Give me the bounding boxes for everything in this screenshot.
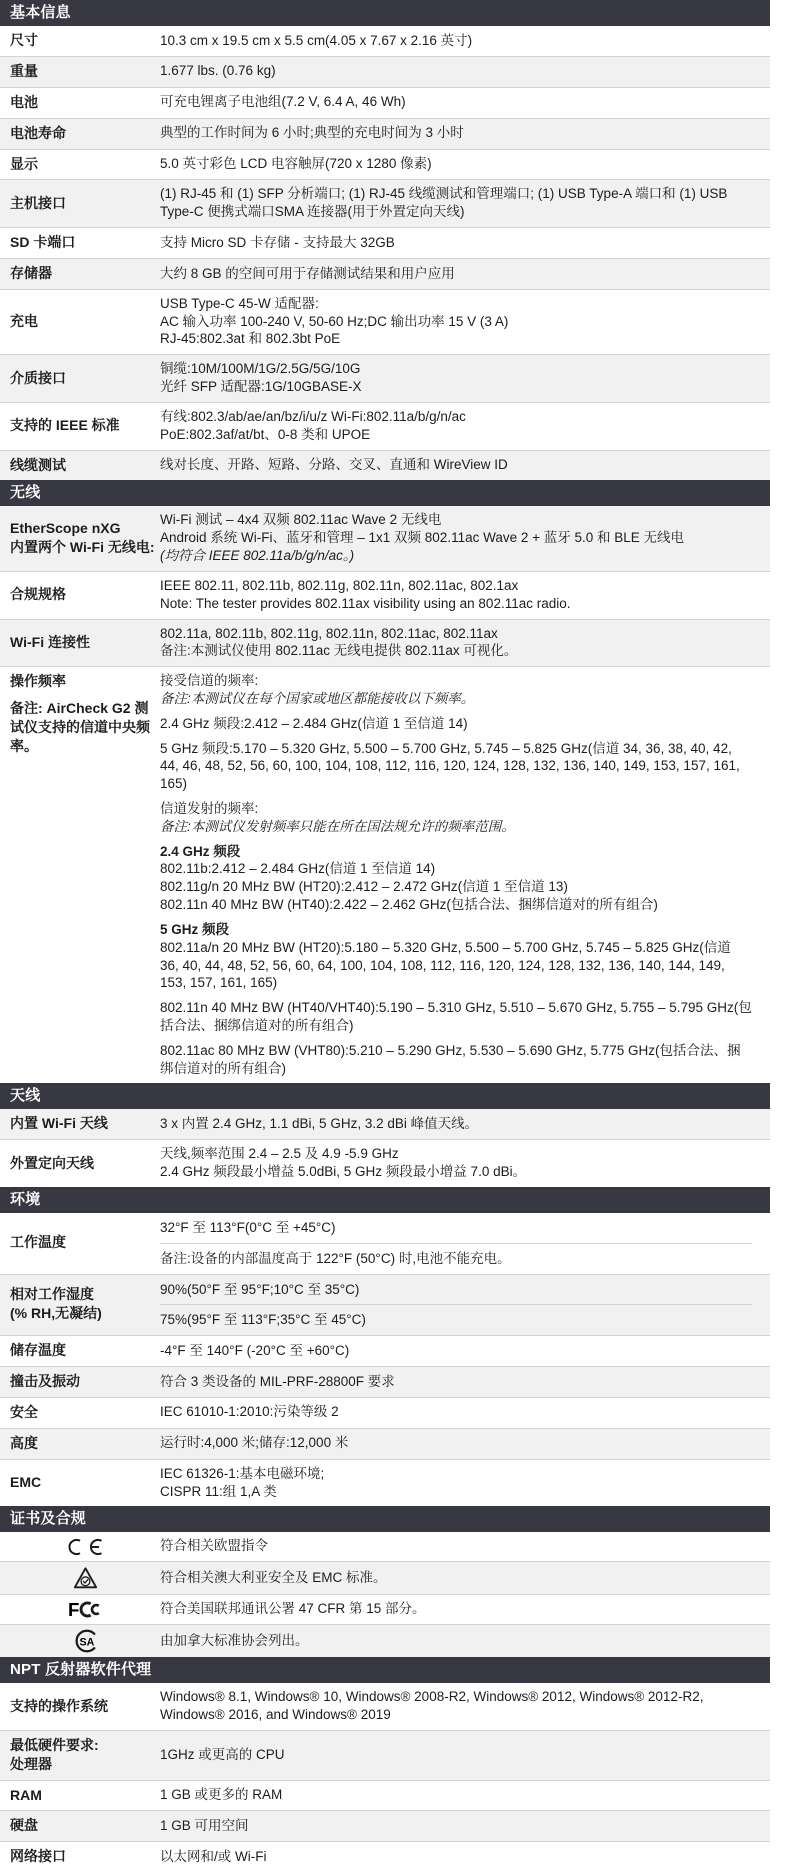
row-label-text: 备注: AirCheck G2 测试仪支持的信道中央频率。 bbox=[10, 699, 160, 756]
spec-row: 主机接口(1) RJ-45 和 (1) SFP 分析端口; (1) RJ-45 … bbox=[0, 179, 770, 227]
value-text: 符合相关澳大利亚安全及 EMC 标准。 bbox=[160, 1569, 752, 1587]
spec-row: 充电USB Type-C 45-W 适配器:AC 输入功率 100-240 V,… bbox=[0, 289, 770, 354]
value-text: Android 系统 Wi-Fi、蓝牙和管理 – 1x1 双频 802.11ac… bbox=[160, 529, 752, 547]
row-value: 可充电锂离子电池组(7.2 V, 6.4 A, 46 Wh) bbox=[160, 88, 770, 117]
row-label-text: 内置 Wi-Fi 天线 bbox=[10, 1114, 160, 1133]
row-label: 支持的 IEEE 标准 bbox=[0, 411, 160, 441]
spec-row: 支持的 IEEE 标准有线:802.3/ab/ae/an/bz/i/u/z Wi… bbox=[0, 402, 770, 450]
row-label: 安全 bbox=[0, 1398, 160, 1428]
value-text: 802.11n 40 MHz BW (HT40):2.422 – 2.462 G… bbox=[160, 896, 752, 914]
row-value: 符合相关澳大利亚安全及 EMC 标准。 bbox=[160, 1564, 770, 1593]
value-text: 1 GB 或更多的 RAM bbox=[160, 1786, 752, 1804]
spec-row: 尺寸10.3 cm x 19.5 cm x 5.5 cm(4.05 x 7.67… bbox=[0, 26, 770, 56]
spec-row: EtherScope nXG内置两个 Wi-Fi 无线电:Wi-Fi 测试 – … bbox=[0, 506, 770, 570]
row-value: 符合美国联邦通讯公署 47 CFR 第 15 部分。 bbox=[160, 1595, 770, 1624]
spec-section: NPT 反射器软件代理支持的操作系统Windows® 8.1, Windows®… bbox=[0, 1657, 770, 1872]
row-value: IEC 61326-1:基本电磁环境;CISPR 11:组 1,A 类 bbox=[160, 1460, 770, 1507]
value-text: (1) RJ-45 和 (1) SFP 分析端口; (1) RJ-45 线缆测试… bbox=[160, 185, 752, 221]
spec-row: 撞击及振动符合 3 类设备的 MIL-PRF-28800F 要求 bbox=[0, 1366, 770, 1397]
value-text: 802.11b:2.412 – 2.484 GHz(信道 1 至信道 14) bbox=[160, 860, 752, 878]
value-text: (均符合 IEEE 802.11a/b/g/n/ac。) bbox=[160, 547, 752, 565]
value-text: AC 输入功率 100-240 V, 50-60 Hz;DC 输出功率 15 V… bbox=[160, 313, 752, 331]
row-label: 最低硬件要求:处理器 bbox=[0, 1731, 160, 1780]
row-value: 802.11a, 802.11b, 802.11g, 802.11n, 802.… bbox=[160, 620, 770, 667]
row-label-text: 电池寿命 bbox=[10, 124, 160, 143]
row-label-text: 充电 bbox=[10, 312, 160, 331]
row-label: EMC bbox=[0, 1468, 160, 1498]
row-value: IEC 61010-1:2010:污染等级 2 bbox=[160, 1398, 770, 1427]
row-label: 显示 bbox=[0, 150, 160, 180]
value-text: 1GHz 或更高的 CPU bbox=[160, 1746, 752, 1764]
row-label-text: 支持的 IEEE 标准 bbox=[10, 416, 160, 435]
section-header: 无线 bbox=[0, 480, 770, 506]
value-text: 备注:本测试仪在每个国家或地区都能接收以下频率。 bbox=[160, 690, 752, 708]
value-text: 802.11a, 802.11b, 802.11g, 802.11n, 802.… bbox=[160, 625, 752, 643]
value-text: 备注:设备的内部温度高于 122°F (50°C) 时,电池不能充电。 bbox=[160, 1250, 752, 1268]
value-subcell: 32°F 至 113°F(0°C 至 +45°C) bbox=[160, 1213, 752, 1243]
row-label: 介质接口 bbox=[0, 364, 160, 394]
value-text: PoE:802.3af/at/bt、0-8 类和 UPOE bbox=[160, 426, 752, 444]
row-value: 有线:802.3/ab/ae/an/bz/i/u/z Wi-Fi:802.11a… bbox=[160, 403, 770, 450]
row-value: 1.677 lbs. (0.76 kg) bbox=[160, 57, 770, 86]
row-label-text: 高度 bbox=[10, 1434, 160, 1453]
rcm-mark-icon bbox=[0, 1562, 160, 1594]
spec-row: 电池寿命典型的工作时间为 6 小时;典型的充电时间为 3 小时 bbox=[0, 118, 770, 149]
row-value: 天线,频率范围 2.4 – 2.5 及 4.9 -5.9 GHz2.4 GHz … bbox=[160, 1140, 770, 1187]
row-label: 合规规格 bbox=[0, 580, 160, 610]
row-label-text: 重量 bbox=[10, 62, 160, 81]
value-text: 可充电锂离子电池组(7.2 V, 6.4 A, 46 Wh) bbox=[160, 93, 752, 111]
section-header: 环境 bbox=[0, 1187, 770, 1213]
value-text: RJ-45:802.3at 和 802.3bt PoE bbox=[160, 330, 752, 348]
row-label-text: (% RH,无凝结) bbox=[10, 1304, 160, 1323]
row-label-text: 显示 bbox=[10, 155, 160, 174]
row-label-text: EtherScope nXG bbox=[10, 519, 160, 538]
value-text: 3 x 内置 2.4 GHz, 1.1 dBi, 5 GHz, 3.2 dBi … bbox=[160, 1115, 752, 1133]
value-text: 线对长度、开路、短路、分路、交叉、直通和 WireView ID bbox=[160, 456, 752, 474]
value-text: 10.3 cm x 19.5 cm x 5.5 cm(4.05 x 7.67 x… bbox=[160, 32, 752, 50]
row-value: 典型的工作时间为 6 小时;典型的充电时间为 3 小时 bbox=[160, 119, 770, 148]
row-label-text: SD 卡端口 bbox=[10, 233, 160, 252]
spec-section: 基本信息尺寸10.3 cm x 19.5 cm x 5.5 cm(4.05 x … bbox=[0, 0, 770, 480]
row-value: 符合 3 类设备的 MIL-PRF-28800F 要求 bbox=[160, 1368, 770, 1397]
row-value: 10.3 cm x 19.5 cm x 5.5 cm(4.05 x 7.67 x… bbox=[160, 27, 770, 56]
spec-row: 最低硬件要求:处理器1GHz 或更高的 CPU bbox=[0, 1730, 770, 1780]
row-label: 工作温度 bbox=[0, 1228, 160, 1258]
section-title: NPT 反射器软件代理 bbox=[10, 1661, 151, 1678]
value-text: 2.4 GHz 频段:2.412 – 2.484 GHz(信道 1 至信道 14… bbox=[160, 715, 752, 733]
section-header: NPT 反射器软件代理 bbox=[0, 1657, 770, 1683]
row-label-text: 撞击及振动 bbox=[10, 1372, 160, 1391]
value-text: IEC 61010-1:2010:污染等级 2 bbox=[160, 1403, 752, 1421]
row-value: 32°F 至 113°F(0°C 至 +45°C)备注:设备的内部温度高于 12… bbox=[160, 1213, 770, 1274]
row-label-text: 内置两个 Wi-Fi 无线电: bbox=[10, 538, 160, 557]
row-label-text: 尺寸 bbox=[10, 31, 160, 50]
row-value: 运行时:4,000 米;储存:12,000 米 bbox=[160, 1429, 770, 1458]
row-label-text: 操作频率 bbox=[10, 672, 160, 691]
value-text: -4°F 至 140°F (-20°C 至 +60°C) bbox=[160, 1342, 752, 1360]
row-label-text: 介质接口 bbox=[10, 369, 160, 388]
spec-row: 内置 Wi-Fi 天线3 x 内置 2.4 GHz, 1.1 dBi, 5 GH… bbox=[0, 1109, 770, 1139]
row-value: 1 GB 可用空间 bbox=[160, 1812, 770, 1841]
row-label: 相对工作湿度(% RH,无凝结) bbox=[0, 1280, 160, 1329]
value-text: 75%(95°F 至 113°F;35°C 至 45°C) bbox=[160, 1311, 752, 1329]
row-label-text: 安全 bbox=[10, 1403, 160, 1422]
section-header: 天线 bbox=[0, 1083, 770, 1109]
ce-mark-icon bbox=[0, 1533, 160, 1561]
spec-row: F符合美国联邦通讯公署 47 CFR 第 15 部分。 bbox=[0, 1594, 770, 1624]
row-label-text: 线缆测试 bbox=[10, 456, 160, 475]
row-label: 主机接口 bbox=[0, 189, 160, 219]
row-value: Wi-Fi 测试 – 4x4 双频 802.11ac Wave 2 无线电And… bbox=[160, 506, 770, 570]
row-label: 内置 Wi-Fi 天线 bbox=[0, 1109, 160, 1139]
spec-row: 存储器大约 8 GB 的空间可用于存储测试结果和用户应用 bbox=[0, 258, 770, 289]
value-text: IEC 61326-1:基本电磁环境; bbox=[160, 1465, 752, 1483]
spec-row: 符合相关欧盟指令 bbox=[0, 1532, 770, 1561]
section-title: 环境 bbox=[10, 1191, 40, 1208]
row-label-text: Wi-Fi 连接性 bbox=[10, 633, 160, 652]
row-label: 线缆测试 bbox=[0, 451, 160, 481]
value-text: 备注:本测试仪使用 802.11ac 无线电提供 802.11ax 可视化。 bbox=[160, 642, 752, 660]
row-label: 尺寸 bbox=[0, 26, 160, 56]
value-text: 备注:本测试仪发射频率只能在所在国法规允许的频率范围。 bbox=[160, 818, 752, 836]
row-label-text: 储存温度 bbox=[10, 1341, 160, 1360]
value-text: 802.11g/n 20 MHz BW (HT20):2.412 – 2.472… bbox=[160, 878, 752, 896]
row-value: 由加拿大标准协会列出。 bbox=[160, 1627, 770, 1656]
row-label-text: 硬盘 bbox=[10, 1816, 160, 1835]
spec-section: 无线EtherScope nXG内置两个 Wi-Fi 无线电:Wi-Fi 测试 … bbox=[0, 480, 770, 1083]
row-label-text: 存储器 bbox=[10, 264, 160, 283]
row-label-text: 处理器 bbox=[10, 1755, 160, 1774]
spec-section: 证书及合规符合相关欧盟指令符合相关澳大利亚安全及 EMC 标准。F符合美国联邦通… bbox=[0, 1506, 770, 1657]
spec-section: 环境工作温度32°F 至 113°F(0°C 至 +45°C)备注:设备的内部温… bbox=[0, 1187, 770, 1506]
value-text: 802.11a/n 20 MHz BW (HT20):5.180 – 5.320… bbox=[160, 939, 752, 992]
row-label: EtherScope nXG内置两个 Wi-Fi 无线电: bbox=[0, 514, 160, 563]
value-text: Windows® 8.1, Windows® 10, Windows® 2008… bbox=[160, 1688, 752, 1724]
value-text: 32°F 至 113°F(0°C 至 +45°C) bbox=[160, 1219, 752, 1237]
value-text: 1 GB 可用空间 bbox=[160, 1817, 752, 1835]
row-label: 电池 bbox=[0, 88, 160, 118]
value-subcell: 备注:设备的内部温度高于 122°F (50°C) 时,电池不能充电。 bbox=[160, 1243, 752, 1274]
section-title: 无线 bbox=[10, 484, 40, 501]
row-value: 5.0 英寸彩色 LCD 电容触屏(720 x 1280 像素) bbox=[160, 150, 770, 179]
spec-row: 网络接口以太网和/或 Wi-Fi bbox=[0, 1841, 770, 1872]
row-value: -4°F 至 140°F (-20°C 至 +60°C) bbox=[160, 1337, 770, 1366]
spec-row: EMCIEC 61326-1:基本电磁环境;CISPR 11:组 1,A 类 bbox=[0, 1459, 770, 1507]
spec-row: 硬盘1 GB 可用空间 bbox=[0, 1810, 770, 1841]
row-value: 以太网和/或 Wi-Fi bbox=[160, 1843, 770, 1872]
value-text: 802.11n 40 MHz BW (HT40/VHT40):5.190 – 5… bbox=[160, 999, 752, 1035]
row-label: 高度 bbox=[0, 1429, 160, 1459]
row-label: 重量 bbox=[0, 57, 160, 87]
value-subcell: 75%(95°F 至 113°F;35°C 至 45°C) bbox=[160, 1304, 752, 1335]
row-value: 3 x 内置 2.4 GHz, 1.1 dBi, 5 GHz, 3.2 dBi … bbox=[160, 1110, 770, 1139]
spec-row: SA由加拿大标准协会列出。 bbox=[0, 1624, 770, 1657]
row-label: SD 卡端口 bbox=[0, 228, 160, 258]
value-text: 典型的工作时间为 6 小时;典型的充电时间为 3 小时 bbox=[160, 124, 752, 142]
row-value: USB Type-C 45-W 适配器:AC 输入功率 100-240 V, 5… bbox=[160, 290, 770, 354]
csa-mark-icon: SA bbox=[0, 1625, 160, 1657]
value-text: USB Type-C 45-W 适配器: bbox=[160, 295, 752, 313]
row-label-text: 最低硬件要求: bbox=[10, 1736, 160, 1755]
row-label: 存储器 bbox=[0, 259, 160, 289]
row-label-text: 相对工作湿度 bbox=[10, 1285, 160, 1304]
row-label: 外置定向天线 bbox=[0, 1149, 160, 1179]
spec-row: 支持的操作系统Windows® 8.1, Windows® 10, Window… bbox=[0, 1683, 770, 1730]
value-text: Wi-Fi 测试 – 4x4 双频 802.11ac Wave 2 无线电 bbox=[160, 511, 752, 529]
spec-table: 基本信息尺寸10.3 cm x 19.5 cm x 5.5 cm(4.05 x … bbox=[0, 0, 770, 1872]
value-text: 光纤 SFP 适配器:1G/10GBASE-X bbox=[160, 378, 752, 396]
section-title: 证书及合规 bbox=[10, 1510, 86, 1527]
section-title: 天线 bbox=[10, 1087, 40, 1104]
value-text: 802.11ac 80 MHz BW (VHT80):5.210 – 5.290… bbox=[160, 1042, 752, 1078]
spec-row: 显示5.0 英寸彩色 LCD 电容触屏(720 x 1280 像素) bbox=[0, 149, 770, 180]
row-value: 铜缆:10M/100M/1G/2.5G/5G/10G光纤 SFP 适配器:1G/… bbox=[160, 355, 770, 402]
row-value: 90%(50°F 至 95°F;10°C 至 35°C)75%(95°F 至 1… bbox=[160, 1275, 770, 1336]
value-text: 信道发射的频率: bbox=[160, 800, 752, 818]
spec-row: 高度运行时:4,000 米;储存:12,000 米 bbox=[0, 1428, 770, 1459]
row-label: 储存温度 bbox=[0, 1336, 160, 1366]
row-label-text: 工作温度 bbox=[10, 1233, 160, 1252]
spec-row: 工作温度32°F 至 113°F(0°C 至 +45°C)备注:设备的内部温度高… bbox=[0, 1213, 770, 1274]
row-value: 符合相关欧盟指令 bbox=[160, 1532, 770, 1561]
value-text: 2.4 GHz 频段最小增益 5.0dBi, 5 GHz 频段最小增益 7.0 … bbox=[160, 1163, 752, 1181]
row-value: 支持 Micro SD 卡存储 - 支持最大 32GB bbox=[160, 229, 770, 258]
value-text: 5.0 英寸彩色 LCD 电容触屏(720 x 1280 像素) bbox=[160, 155, 752, 173]
value-text: CISPR 11:组 1,A 类 bbox=[160, 1483, 752, 1501]
spec-section: 天线内置 Wi-Fi 天线3 x 内置 2.4 GHz, 1.1 dBi, 5 … bbox=[0, 1083, 770, 1187]
row-label-text: 合规规格 bbox=[10, 585, 160, 604]
row-label: Wi-Fi 连接性 bbox=[0, 628, 160, 658]
value-text: 5 GHz 频段:5.170 – 5.320 GHz, 5.500 – 5.70… bbox=[160, 740, 752, 793]
value-text: 接受信道的频率: bbox=[160, 672, 752, 690]
value-text: 1.677 lbs. (0.76 kg) bbox=[160, 62, 752, 80]
row-label: 硬盘 bbox=[0, 1811, 160, 1841]
svg-text:SA: SA bbox=[79, 1636, 94, 1648]
row-label: 网络接口 bbox=[0, 1842, 160, 1872]
row-value: 1 GB 或更多的 RAM bbox=[160, 1781, 770, 1810]
row-label-text: 主机接口 bbox=[10, 194, 160, 213]
spec-row: 外置定向天线天线,频率范围 2.4 – 2.5 及 4.9 -5.9 GHz2.… bbox=[0, 1139, 770, 1187]
row-label-text: EMC bbox=[10, 1473, 160, 1492]
value-text: IEEE 802.11, 802.11b, 802.11g, 802.11n, … bbox=[160, 577, 752, 595]
row-value: IEEE 802.11, 802.11b, 802.11g, 802.11n, … bbox=[160, 572, 770, 619]
row-label: RAM bbox=[0, 1781, 160, 1811]
row-value: 1GHz 或更高的 CPU bbox=[160, 1741, 770, 1770]
value-text: 90%(50°F 至 95°F;10°C 至 35°C) bbox=[160, 1281, 752, 1299]
spec-row: SD 卡端口支持 Micro SD 卡存储 - 支持最大 32GB bbox=[0, 227, 770, 258]
row-label: 电池寿命 bbox=[0, 119, 160, 149]
row-label-text: 外置定向天线 bbox=[10, 1154, 160, 1173]
spec-row: 介质接口铜缆:10M/100M/1G/2.5G/5G/10G光纤 SFP 适配器… bbox=[0, 354, 770, 402]
spec-row: 操作频率备注: AirCheck G2 测试仪支持的信道中央频率。接受信道的频率… bbox=[0, 666, 770, 1083]
value-text: 支持 Micro SD 卡存储 - 支持最大 32GB bbox=[160, 234, 752, 252]
row-label: 支持的操作系统 bbox=[0, 1692, 160, 1722]
value-text: 有线:802.3/ab/ae/an/bz/i/u/z Wi-Fi:802.11a… bbox=[160, 408, 752, 426]
row-label: 充电 bbox=[0, 307, 160, 337]
spec-row: 重量1.677 lbs. (0.76 kg) bbox=[0, 56, 770, 87]
section-header: 证书及合规 bbox=[0, 1506, 770, 1532]
spec-row: 安全IEC 61010-1:2010:污染等级 2 bbox=[0, 1397, 770, 1428]
fcc-mark-icon: F bbox=[0, 1595, 160, 1624]
value-text: 大约 8 GB 的空间可用于存储测试结果和用户应用 bbox=[160, 265, 752, 283]
value-text: 天线,频率范围 2.4 – 2.5 及 4.9 -5.9 GHz bbox=[160, 1145, 752, 1163]
row-label-text: 网络接口 bbox=[10, 1847, 160, 1866]
value-text: Note: The tester provides 802.11ax visib… bbox=[160, 595, 752, 613]
row-value: 接受信道的频率:备注:本测试仪在每个国家或地区都能接收以下频率。2.4 GHz … bbox=[160, 667, 770, 1083]
value-text: 以太网和/或 Wi-Fi bbox=[160, 1848, 752, 1866]
value-text: 铜缆:10M/100M/1G/2.5G/5G/10G bbox=[160, 360, 752, 378]
svg-text:F: F bbox=[68, 1599, 79, 1620]
spec-row: 线缆测试线对长度、开路、短路、分路、交叉、直通和 WireView ID bbox=[0, 450, 770, 481]
row-label: 撞击及振动 bbox=[0, 1367, 160, 1397]
value-text: 符合相关欧盟指令 bbox=[160, 1537, 752, 1555]
row-label-text: 电池 bbox=[10, 93, 160, 112]
row-value: 线对长度、开路、短路、分路、交叉、直通和 WireView ID bbox=[160, 451, 770, 480]
value-text: 符合 3 类设备的 MIL-PRF-28800F 要求 bbox=[160, 1373, 752, 1391]
value-text: 符合美国联邦通讯公署 47 CFR 第 15 部分。 bbox=[160, 1600, 752, 1618]
section-title: 基本信息 bbox=[10, 4, 71, 21]
value-text: 由加拿大标准协会列出。 bbox=[160, 1632, 752, 1650]
row-label-text: 支持的操作系统 bbox=[10, 1697, 160, 1716]
spec-row: 合规规格IEEE 802.11, 802.11b, 802.11g, 802.1… bbox=[0, 571, 770, 619]
value-subcell: 90%(50°F 至 95°F;10°C 至 35°C) bbox=[160, 1275, 752, 1305]
value-text: 5 GHz 频段 bbox=[160, 921, 752, 939]
row-label: 操作频率备注: AirCheck G2 测试仪支持的信道中央频率。 bbox=[0, 667, 160, 762]
spec-row: 储存温度-4°F 至 140°F (-20°C 至 +60°C) bbox=[0, 1335, 770, 1366]
spec-row: 相对工作湿度(% RH,无凝结)90%(50°F 至 95°F;10°C 至 3… bbox=[0, 1274, 770, 1336]
row-value: (1) RJ-45 和 (1) SFP 分析端口; (1) RJ-45 线缆测试… bbox=[160, 180, 770, 227]
row-value: 大约 8 GB 的空间可用于存储测试结果和用户应用 bbox=[160, 260, 770, 289]
value-text: 2.4 GHz 频段 bbox=[160, 843, 752, 861]
section-header: 基本信息 bbox=[0, 0, 770, 26]
spec-row: Wi-Fi 连接性802.11a, 802.11b, 802.11g, 802.… bbox=[0, 619, 770, 667]
row-value: Windows® 8.1, Windows® 10, Windows® 2008… bbox=[160, 1683, 770, 1730]
spec-row: RAM1 GB 或更多的 RAM bbox=[0, 1780, 770, 1811]
spec-row: 符合相关澳大利亚安全及 EMC 标准。 bbox=[0, 1561, 770, 1594]
value-text: 运行时:4,000 米;储存:12,000 米 bbox=[160, 1434, 752, 1452]
row-label-text: RAM bbox=[10, 1786, 160, 1805]
spec-row: 电池可充电锂离子电池组(7.2 V, 6.4 A, 46 Wh) bbox=[0, 87, 770, 118]
